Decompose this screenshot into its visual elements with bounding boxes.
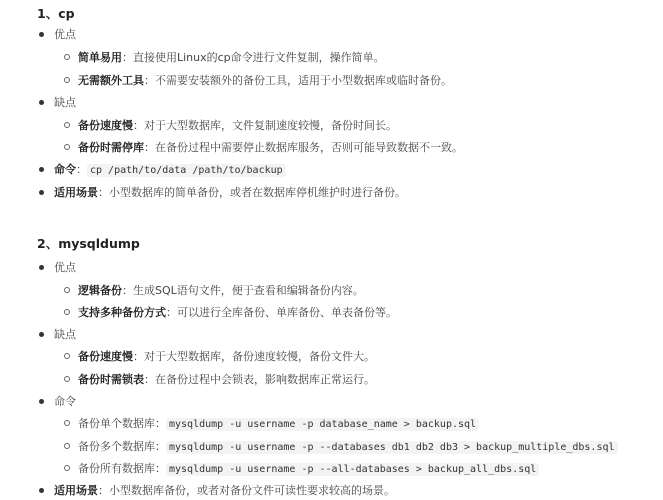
list-item: 备份时需锁表：在备份过程中会锁表，影响数据库正常运行。 bbox=[64, 373, 375, 387]
circle-bullet-icon bbox=[64, 420, 70, 426]
bullet-icon bbox=[39, 488, 44, 493]
list-item: 备份速度慢：对于大型数据库，文件复制速度较慢，备份时间长。 bbox=[64, 119, 397, 133]
usage-item: 适用场景：小型数据库的简单备份，或者在数据库停机维护时进行备份。 bbox=[39, 186, 406, 200]
pros-heading: 优点 bbox=[39, 28, 76, 42]
circle-bullet-icon bbox=[64, 144, 70, 150]
pros-heading: 优点 bbox=[39, 261, 76, 275]
list-item: 简单易用：直接使用Linux的cp命令进行文件复制，操作简单。 bbox=[64, 51, 385, 65]
section-title-mysqldump: 2、mysqldump bbox=[37, 234, 140, 252]
command-item: 备份多个数据库：mysqldump -u username -p --datab… bbox=[64, 440, 618, 455]
circle-bullet-icon bbox=[64, 353, 70, 359]
list-item: 支持多种备份方式：可以进行全库备份、单库备份、单表备份等。 bbox=[64, 306, 397, 320]
circle-bullet-icon bbox=[64, 309, 70, 315]
list-item: 备份速度慢：对于大型数据库，备份速度较慢，备份文件大。 bbox=[64, 350, 375, 364]
circle-bullet-icon bbox=[64, 443, 70, 449]
list-item: 逻辑备份：生成SQL语句文件，便于查看和编辑备份内容。 bbox=[64, 284, 364, 298]
cons-heading: 缺点 bbox=[39, 328, 76, 342]
command-heading: 命令 bbox=[39, 395, 76, 409]
circle-bullet-icon bbox=[64, 77, 70, 83]
section-title-cp: 1、cp bbox=[37, 4, 75, 22]
circle-bullet-icon bbox=[64, 122, 70, 128]
list-item: 备份时需停库：在备份过程中需要停止数据库服务，否则可能导致数据不一致。 bbox=[64, 141, 463, 155]
code-snippet: cp /path/to/data /path/to/backup bbox=[87, 164, 286, 177]
code-snippet: mysqldump -u username -p database_name >… bbox=[166, 418, 479, 431]
bullet-icon bbox=[39, 332, 44, 337]
circle-bullet-icon bbox=[64, 54, 70, 60]
circle-bullet-icon bbox=[64, 287, 70, 293]
list-item: 无需额外工具：不需要安装额外的备份工具，适用于小型数据库或临时备份。 bbox=[64, 74, 452, 88]
usage-item: 适用场景：小型数据库备份，或者对备份文件可读性要求较高的场景。 bbox=[39, 484, 395, 498]
bullet-icon bbox=[39, 100, 44, 105]
bullet-icon bbox=[39, 190, 44, 195]
command-item: 备份单个数据库：mysqldump -u username -p databas… bbox=[64, 417, 479, 432]
bullet-icon bbox=[39, 167, 44, 172]
command-item: 备份所有数据库：mysqldump -u username -p --all-d… bbox=[64, 462, 539, 477]
bullet-icon bbox=[39, 265, 44, 270]
cons-heading: 缺点 bbox=[39, 96, 76, 110]
command-item: 命令：cp /path/to/data /path/to/backup bbox=[39, 163, 286, 178]
bullet-icon bbox=[39, 32, 44, 37]
bullet-icon bbox=[39, 399, 44, 404]
code-snippet: mysqldump -u username -p --all-databases… bbox=[166, 463, 539, 476]
circle-bullet-icon bbox=[64, 465, 70, 471]
circle-bullet-icon bbox=[64, 376, 70, 382]
code-snippet: mysqldump -u username -p --databases db1… bbox=[166, 441, 618, 454]
